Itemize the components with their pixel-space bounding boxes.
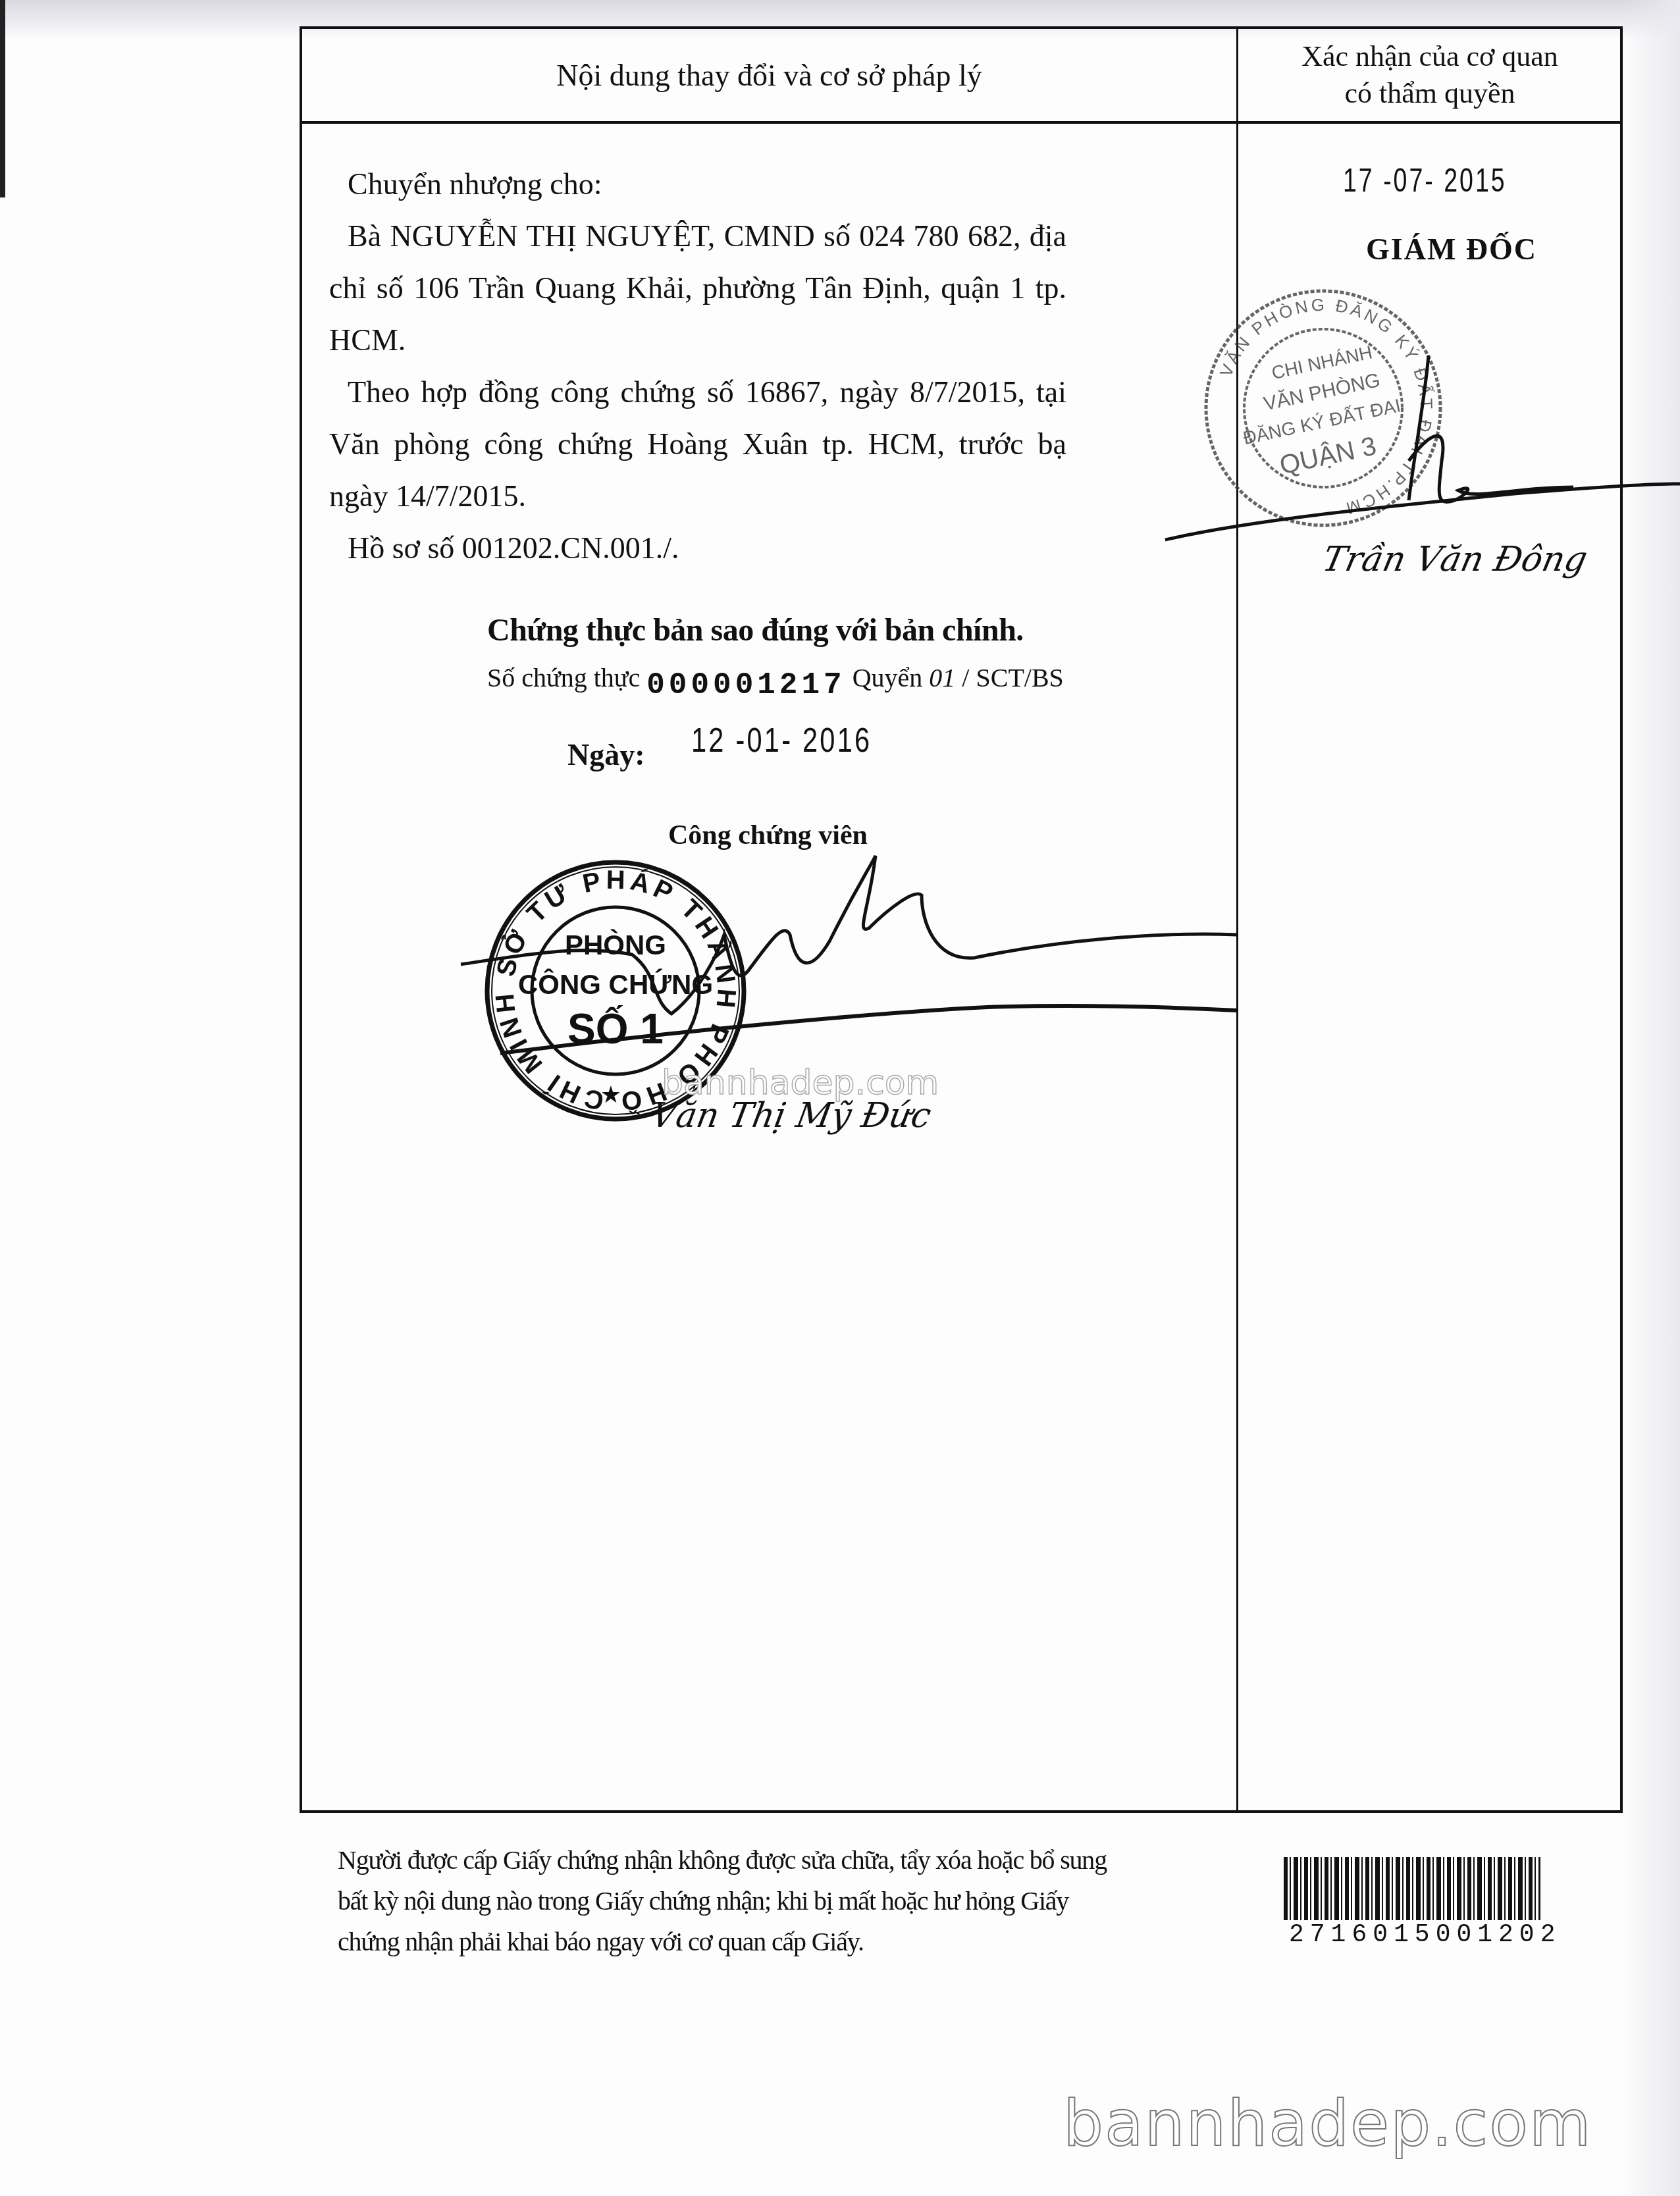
footer-notice: Người được cấp Giấy chứng nhận không đượ… xyxy=(338,1840,1128,1962)
land-registry-stamp: VĂN PHÒNG ĐĂNG KÝ ĐẤT ĐAI TP.HCM CHI NHÁ… xyxy=(1206,291,1440,525)
barcode xyxy=(1284,1857,1540,1920)
notary-stamp-line2: CÔNG CHỨNG xyxy=(518,968,713,1000)
watermark-bottom: bannhadep.com xyxy=(1063,2087,1592,2160)
director-name: Trần Văn Đông xyxy=(1319,540,1591,579)
watermark-middle: bannhadep.com xyxy=(662,1063,939,1103)
star-icon: ★ xyxy=(600,1082,621,1108)
notary-stamp-line1: PHÒNG xyxy=(565,929,666,960)
notary-stamp-line3: SỐ 1 xyxy=(567,1005,664,1053)
barcode-number: 2716015001202 xyxy=(1289,1921,1561,1949)
